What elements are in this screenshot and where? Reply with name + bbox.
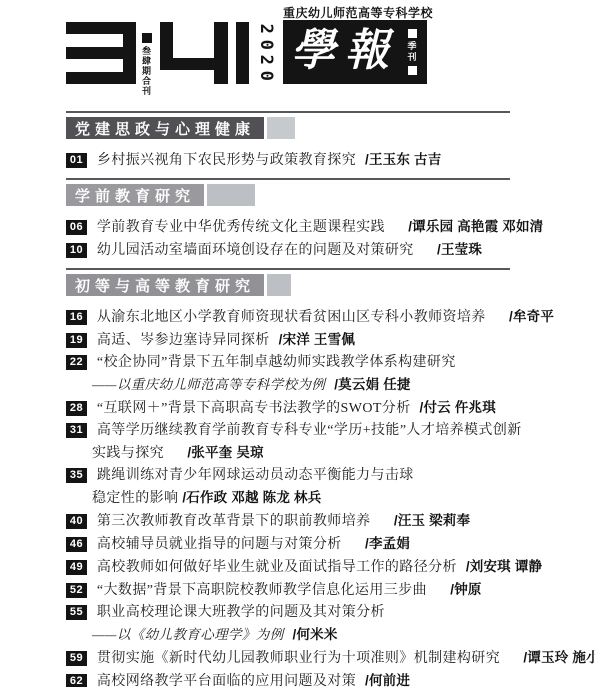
article-title: 第三次教师教育改革背景下的职前教师培养 (97, 514, 385, 529)
article-title: 高校辅导员就业指导的问题与对策分析 (97, 537, 356, 552)
page-number-badge: 01 (66, 153, 87, 168)
toc-item: 59 贯彻实施《新时代幼儿园教师职业行为十项准则》机制建构研究 /谭玉玲 施小龙 (66, 648, 582, 667)
quarterly-label-column: 季刊 (406, 29, 418, 75)
article-authors: /宋洋 王雪佩 (279, 332, 355, 347)
article-subtitle: ——以重庆幼儿师范高等专科学校为例 (92, 377, 325, 392)
article-title: “互联网＋”背景下高职高专书法教学的SWOT分析 (97, 401, 411, 416)
publication-year: 2 0 2 0 (252, 21, 278, 83)
section-header: 初等与高等教育研究 (66, 274, 582, 296)
article-authors: /谭乐园 高艳霞 邓如清 (408, 219, 543, 234)
article-title-continuation: 稳定性的影响 (92, 491, 178, 506)
section-divider (66, 268, 510, 270)
white-square-icon (408, 29, 417, 38)
section-party-building: 党建思政与心理健康 01 乡村振兴视角下农民形势与政策教育探究 /王玉东 古吉 (66, 111, 582, 169)
issue-label-text: 叁肆期合刊 (140, 46, 153, 96)
article-title: 贯彻实施《新时代幼儿园教师职业行为十项准则》机制建构研究 (97, 651, 515, 666)
toc-line: 19 高适、岑参边塞诗异同探析 /宋洋 王雪佩 (66, 330, 582, 349)
article-title: 职业高校理论课大班教学的问题及其对策分析 (97, 605, 385, 620)
article-title: 高等学历继续教育学前教育专科专业“学历+技能”人才培养模式创新 (97, 423, 522, 438)
toc-line: 52 “大数据”背景下高职院校教师教学信息化运用三步曲 /钟原 (66, 580, 582, 599)
toc-item: 62 高校网络教学平台面临的应用问题及对策 /何前进 (66, 671, 582, 687)
toc-line: 49 高校教师如何做好毕业生就业及面试指导工作的路径分析 /刘安琪 谭静 (66, 557, 582, 576)
issue-digit-3 (66, 22, 136, 84)
toc-line: 62 高校网络教学平台面临的应用问题及对策 /何前进 (66, 671, 582, 687)
journal-title-calligraphy: 學報 (291, 20, 399, 82)
toc-line-continuation: 实践与探究 /张平奎 吴琼 (66, 443, 582, 462)
article-authors: /牟奇平 (509, 309, 554, 324)
article-authors: /付云 仵兆琪 (420, 400, 496, 415)
toc-item: 40 第三次教师教育改革背景下的职前教师培养 /汪玉 梁莉奉 (66, 511, 582, 530)
article-authors: /李孟娟 (365, 536, 410, 551)
toc-line: 35 跳绳训练对青少年网球运动员动态平衡能力与击球 (66, 466, 582, 485)
toc-item: 28 “互联网＋”背景下高职高专书法教学的SWOT分析 /付云 仵兆琪 (66, 398, 582, 417)
journal-masthead: 叁肆期合刊 2 0 2 0 重庆幼儿师范高等专科学校 學報 季刊 (0, 0, 595, 102)
section-header: 学前教育研究 (66, 184, 582, 206)
toc-item: 01 乡村振兴视角下农民形势与政策教育探究 /王玉东 古吉 (66, 150, 582, 169)
school-name: 重庆幼儿师范高等专科学校 (283, 4, 433, 21)
article-authors: /王莹珠 (437, 242, 482, 257)
toc-line: 55 职业高校理论课大班教学的问题及其对策分析 (66, 603, 582, 622)
page-number-badge: 31 (66, 423, 87, 438)
section-divider (66, 111, 510, 113)
journal-title-box: 學報 季刊 (283, 20, 427, 84)
article-title: 高校教师如何做好毕业生就业及面试指导工作的路径分析 (97, 560, 457, 575)
toc-line-subtitle: ——以重庆幼儿师范高等专科学校为例 /莫云娟 任捷 (66, 375, 582, 394)
page-number-badge: 55 (66, 605, 87, 620)
page-number-badge: 35 (66, 468, 87, 483)
article-authors: /刘安琪 谭静 (466, 559, 542, 574)
article-authors: /王玉东 古吉 (365, 152, 441, 167)
toc-line: 28 “互联网＋”背景下高职高专书法教学的SWOT分析 /付云 仵兆琪 (66, 398, 582, 417)
toc-item: 52 “大数据”背景下高职院校教师教学信息化运用三步曲 /钟原 (66, 580, 582, 599)
toc-line: 46 高校辅导员就业指导的问题与对策分析 /李孟娟 (66, 534, 582, 553)
article-authors: /张平奎 吴琼 (187, 445, 263, 460)
toc-line: 16 从渝东北地区小学教育师资现状看贫困山区专科小教师资培养 /牟奇平 (66, 307, 582, 326)
combined-issue-label: 叁肆期合刊 (140, 33, 153, 96)
toc-line: 06 学前教育专业中华优秀传统文化主题课程实践 /谭乐园 高艳霞 邓如清 (66, 217, 582, 236)
toc-line-continuation: 稳定性的影响 /石作政 邓越 陈龙 林兵 (66, 488, 582, 507)
toc-item: 22 “校企协同”背景下五年制卓越幼师实践教学体系构建研究 ——以重庆幼儿师范高… (66, 353, 582, 394)
toc-line: 40 第三次教师教育改革背景下的职前教师培养 /汪玉 梁莉奉 (66, 511, 582, 530)
section-preschool-education: 学前教育研究 06 学前教育专业中华优秀传统文化主题课程实践 /谭乐园 高艳霞 … (66, 178, 582, 259)
toc-item: 10 幼儿园活动室墙面环境创设存在的问题及对策研究 /王莹珠 (66, 240, 582, 259)
header-tail (267, 117, 295, 139)
article-title: 高适、岑参边塞诗异同探析 (97, 333, 270, 348)
section-title: 初等与高等教育研究 (66, 274, 264, 296)
article-title: 乡村振兴视角下农民形势与政策教育探究 (97, 153, 356, 168)
article-title-continuation: 实践与探究 (92, 446, 178, 461)
quarterly-label: 季刊 (406, 41, 419, 63)
page-number-badge: 49 (66, 560, 87, 575)
page-number-badge: 10 (66, 243, 87, 258)
toc-line: 59 贯彻实施《新时代幼儿园教师职业行为十项准则》机制建构研究 /谭玉玲 施小龙 (66, 648, 582, 667)
article-title: “校企协同”背景下五年制卓越幼师实践教学体系构建研究 (97, 355, 456, 370)
section-divider (66, 178, 510, 180)
article-title: 幼儿园活动室墙面环境创设存在的问题及对策研究 (97, 243, 428, 258)
page-number-badge: 62 (66, 674, 87, 687)
article-title: 从渝东北地区小学教育师资现状看贫困山区专科小教师资培养 (97, 310, 500, 325)
year-digit: 0 (257, 62, 273, 88)
article-authors: /石作政 邓越 陈龙 林兵 (182, 490, 321, 505)
toc-item: 06 学前教育专业中华优秀传统文化主题课程实践 /谭乐园 高艳霞 邓如清 (66, 217, 582, 236)
section-title: 党建思政与心理健康 (66, 117, 264, 139)
page-number-badge: 28 (66, 401, 87, 416)
page-number-badge: 06 (66, 220, 87, 235)
toc-item: 35 跳绳训练对青少年网球运动员动态平衡能力与击球 稳定性的影响 /石作政 邓越… (66, 466, 582, 507)
section-title: 学前教育研究 (66, 184, 204, 206)
page-number-badge: 19 (66, 333, 87, 348)
page-number-badge: 40 (66, 514, 87, 529)
toc-line-subtitle: ——以《幼儿教育心理学》为例 /何米米 (66, 625, 582, 644)
issue-digit-4 (160, 22, 228, 84)
toc-item: 46 高校辅导员就业指导的问题与对策分析 /李孟娟 (66, 534, 582, 553)
toc-item: 16 从渝东北地区小学教育师资现状看贫困山区专科小教师资培养 /牟奇平 (66, 307, 582, 326)
table-of-contents: 党建思政与心理健康 01 乡村振兴视角下农民形势与政策教育探究 /王玉东 古吉 … (66, 111, 582, 687)
article-authors: /何米米 (293, 627, 338, 642)
article-title: 高校网络教学平台面临的应用问题及对策 (97, 674, 356, 687)
toc-line: 10 幼儿园活动室墙面环境创设存在的问题及对策研究 /王莹珠 (66, 240, 582, 259)
section-primary-higher-education: 初等与高等教育研究 16 从渝东北地区小学教育师资现状看贫困山区专科小教师资培养… (66, 268, 582, 687)
article-authors: /汪玉 梁莉奉 (394, 513, 470, 528)
article-title: 跳绳训练对青少年网球运动员动态平衡能力与击球 (97, 468, 414, 483)
page-number-badge: 59 (66, 651, 87, 666)
toc-item: 19 高适、岑参边塞诗异同探析 /宋洋 王雪佩 (66, 330, 582, 349)
page-number-badge: 22 (66, 355, 87, 370)
page-number-badge: 52 (66, 583, 87, 598)
article-title: 学前教育专业中华优秀传统文化主题课程实践 (97, 220, 399, 235)
article-authors: /钟原 (450, 582, 481, 597)
white-square-icon (408, 66, 417, 75)
article-title: “大数据”背景下高职院校教师教学信息化运用三步曲 (97, 583, 441, 598)
article-authors: /莫云娟 任捷 (334, 377, 410, 392)
divider-bar (236, 22, 249, 84)
section-header: 党建思政与心理健康 (66, 117, 582, 139)
toc-line: 01 乡村振兴视角下农民形势与政策教育探究 /王玉东 古吉 (66, 150, 582, 169)
article-authors: /谭玉玲 施小龙 (523, 650, 595, 665)
page-number-badge: 46 (66, 537, 87, 552)
header-tail (267, 274, 291, 296)
toc-item: 31 高等学历继续教育学前教育专科专业“学历+技能”人才培养模式创新 实践与探究… (66, 421, 582, 462)
toc-item: 55 职业高校理论课大班教学的问题及其对策分析 ——以《幼儿教育心理学》为例 /… (66, 603, 582, 644)
toc-line: 22 “校企协同”背景下五年制卓越幼师实践教学体系构建研究 (66, 353, 582, 372)
header-tail (207, 184, 255, 206)
article-authors: /何前进 (365, 673, 410, 687)
dot-square-icon (142, 33, 152, 43)
toc-line: 31 高等学历继续教育学前教育专科专业“学历+技能”人才培养模式创新 (66, 421, 582, 440)
page-number-badge: 16 (66, 310, 87, 325)
article-subtitle: ——以《幼儿教育心理学》为例 (92, 627, 284, 642)
toc-item: 49 高校教师如何做好毕业生就业及面试指导工作的路径分析 /刘安琪 谭静 (66, 557, 582, 576)
